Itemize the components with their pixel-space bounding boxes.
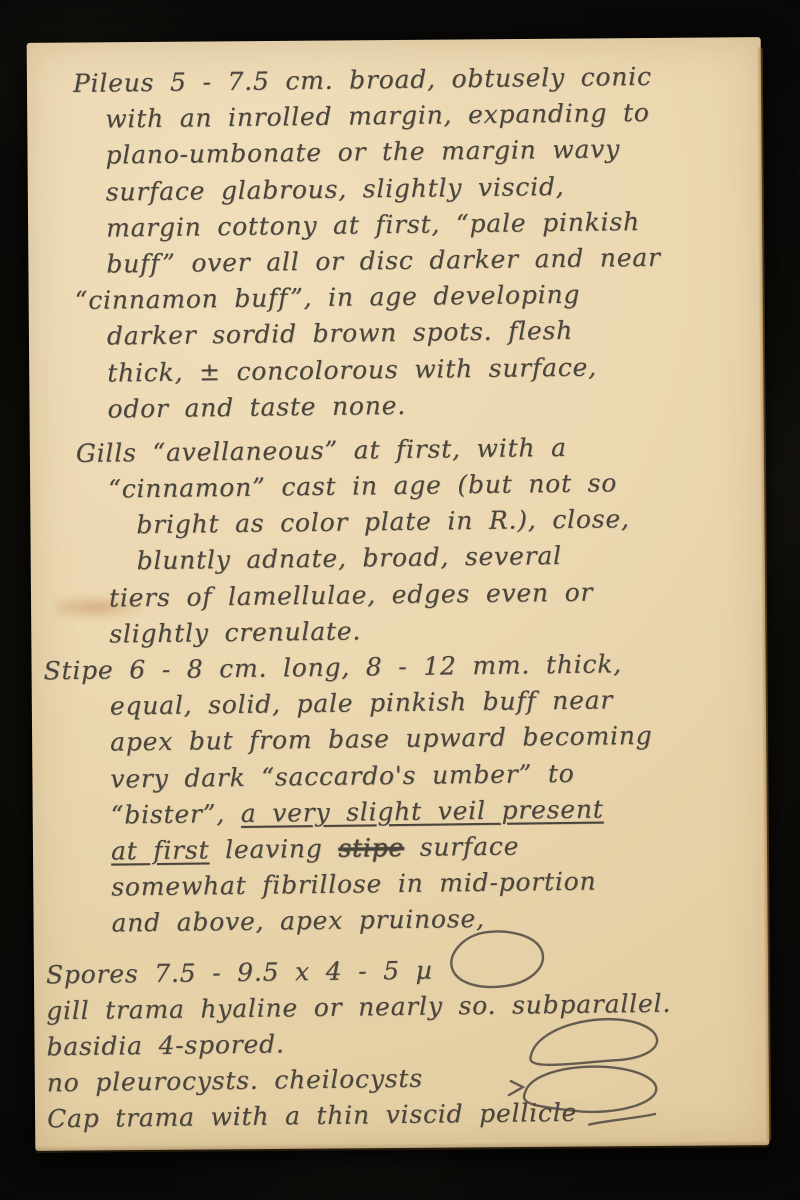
handwritten-segment: equal, solid, pale pinkish buff near bbox=[110, 686, 614, 721]
handwritten-segment: Gills “avellaneous” at first, with a bbox=[76, 433, 567, 468]
handwritten-segment: slightly crenulate. bbox=[109, 616, 361, 648]
handwritten-line: Cap trama with a thin viscid pellicle bbox=[35, 1098, 769, 1143]
handwritten-line: and above, apex pruinose, bbox=[33, 903, 767, 948]
handwritten-segment: bright as color plate in R.), close, bbox=[136, 504, 630, 539]
handwritten-segment: surface glabrous, slightly viscid, bbox=[106, 172, 565, 207]
photo-of-note: { "colors": { "background": "#0b0a08", "… bbox=[0, 0, 800, 1200]
handwritten-segment: buff” over all or disc darker and near bbox=[106, 243, 661, 279]
handwritten-segment: with an inrolled margin, expanding to bbox=[105, 98, 650, 134]
paragraph-pileus: Pileus 5 - 7.5 cm. broad, obtusely conic… bbox=[27, 64, 764, 432]
handwritten-segment: somewhat fibrillose in mid-portion bbox=[111, 867, 597, 902]
handwritten-segment: Cap trama with a thin viscid pellicle bbox=[47, 1098, 577, 1133]
handwritten-segment: Pileus 5 - 7.5 cm. broad, obtusely conic bbox=[73, 62, 652, 98]
handwritten-segment: tiers of lamellulae, edges even or bbox=[109, 577, 594, 612]
handwritten-segment: surface bbox=[404, 831, 520, 861]
paragraph-stipe: Stipe 6 - 8 cm. long, 8 - 12 mm. thick,e… bbox=[31, 651, 767, 946]
handwritten-segment: Spores 7.5 - 9.5 x 4 - 5 µ bbox=[46, 955, 433, 989]
handwritten-line: odor and taste none. bbox=[29, 388, 763, 433]
handwritten-segment: apex but from base upward becoming bbox=[110, 721, 653, 757]
handwritten-segment: “cinnamon buff”, in age developing bbox=[74, 280, 580, 315]
handwritten-segment-strike: stipe bbox=[338, 833, 404, 863]
handwritten-segment: thick, ± concolorous with surface, bbox=[107, 352, 597, 387]
handwritten-segment: leaving bbox=[209, 834, 338, 865]
handwritten-segment: basidia 4-spored. bbox=[46, 1029, 284, 1061]
paragraph-micro: Spores 7.5 - 9.5 x 4 - 5 µgill trama hya… bbox=[34, 955, 769, 1142]
paragraph-gills: Gills “avellaneous” at first, with a“cin… bbox=[30, 434, 766, 657]
handwritten-segment: “bister”, bbox=[111, 799, 241, 830]
handwritten-segment: “cinnamon” cast in age (but not so bbox=[108, 468, 617, 503]
handwritten-segment-underline: at first bbox=[111, 835, 210, 865]
handwritten-segment: and above, apex pruinose, bbox=[111, 904, 485, 938]
handwritten-segment: darker sordid brown spots. flesh bbox=[107, 316, 573, 351]
handwritten-segment: bluntly adnate, broad, several bbox=[137, 541, 562, 575]
handwritten-segment: no pleurocysts. cheilocysts bbox=[47, 1064, 423, 1098]
handwritten-segment: margin cottony at first, “pale pinkish bbox=[106, 207, 640, 243]
handwritten-segment-underline: a very slight veil present bbox=[241, 794, 604, 827]
note-card: Pileus 5 - 7.5 cm. broad, obtusely conic… bbox=[27, 37, 770, 1151]
handwritten-segment: plano-umbonate or the margin wavy bbox=[105, 135, 620, 170]
handwritten-text: Pileus 5 - 7.5 cm. broad, obtusely conic… bbox=[27, 37, 770, 1151]
handwritten-segment: Stipe 6 - 8 cm. long, 8 - 12 mm. thick, bbox=[43, 649, 622, 685]
handwritten-segment: odor and taste none. bbox=[107, 391, 406, 424]
handwritten-segment: very dark “saccardo's umber” to bbox=[110, 758, 574, 793]
